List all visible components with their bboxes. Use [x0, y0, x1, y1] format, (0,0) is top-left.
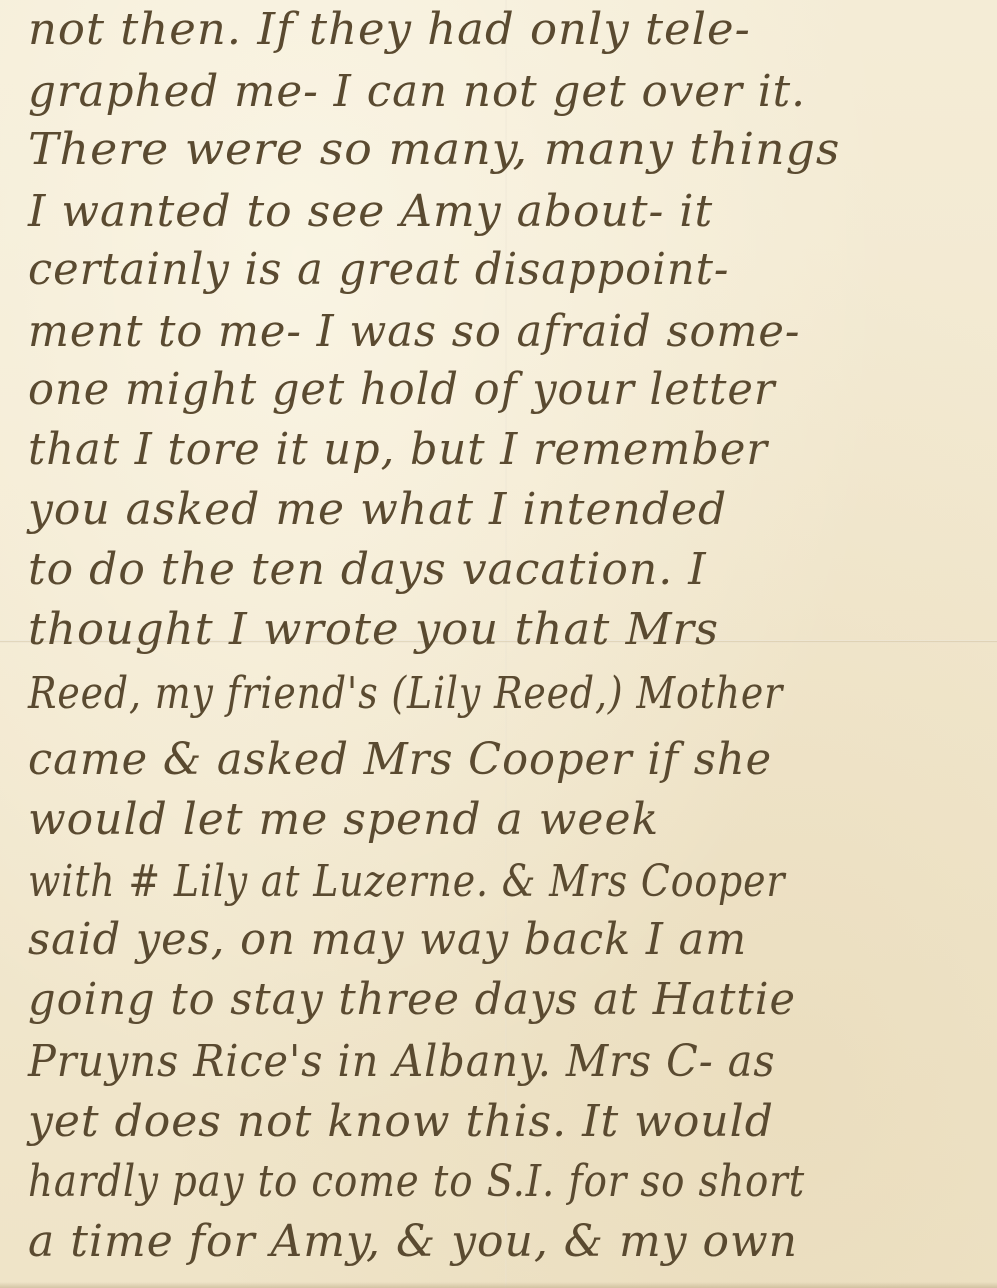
letter-line: yet does not know this. It would [28, 1100, 774, 1144]
letter-page: not then. If they had only tele- graphed… [0, 0, 997, 1288]
letter-line: would let me spend a week [28, 798, 659, 842]
letter-line: said yes, on may way back I am [28, 918, 747, 962]
letter-line: hardly pay to come to S.I. for so short [28, 1160, 805, 1204]
letter-line: ment to me- I was so afraid some- [28, 310, 800, 354]
letter-line: certainly is a great disappoint- [28, 248, 729, 292]
letter-line: came & asked Mrs Cooper if she [28, 738, 772, 782]
letter-line: that I tore it up, but I remember [28, 428, 768, 472]
letter-line: Pruyns Rice's in Albany. Mrs C- as [28, 1040, 776, 1084]
letter-line: going to stay three days at Hattie [28, 978, 796, 1022]
letter-line: you asked me what I intended [28, 488, 727, 532]
letter-line: graphed me- I can not get over it. [28, 70, 806, 114]
letter-line: I wanted to see Amy about- it [28, 190, 713, 234]
letter-line: with # Lily at Luzerne. & Mrs Cooper [28, 860, 785, 904]
letter-line: not then. If they had only tele- [28, 8, 751, 52]
letter-line: to do the ten days vacation. I [28, 548, 707, 592]
letter-line: Reed, my friend's (Lily Reed,) Mother [28, 672, 783, 716]
letter-line: one might get hold of your letter [28, 368, 776, 412]
letter-line: a time for Amy, & you, & my own [28, 1220, 798, 1264]
paper-bottom-edge [0, 1282, 997, 1288]
letter-line: There were so many, many things [28, 128, 840, 172]
letter-line: thought I wrote you that Mrs [28, 608, 719, 652]
